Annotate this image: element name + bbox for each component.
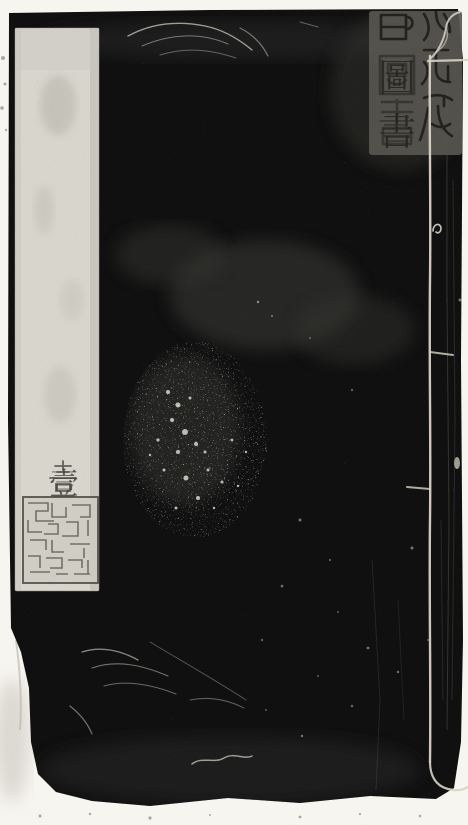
scan-dust [0,0,468,825]
book-cover-photo: 圖 書 壹 [0,0,468,825]
photo-canvas: 圖 書 壹 [0,0,468,825]
